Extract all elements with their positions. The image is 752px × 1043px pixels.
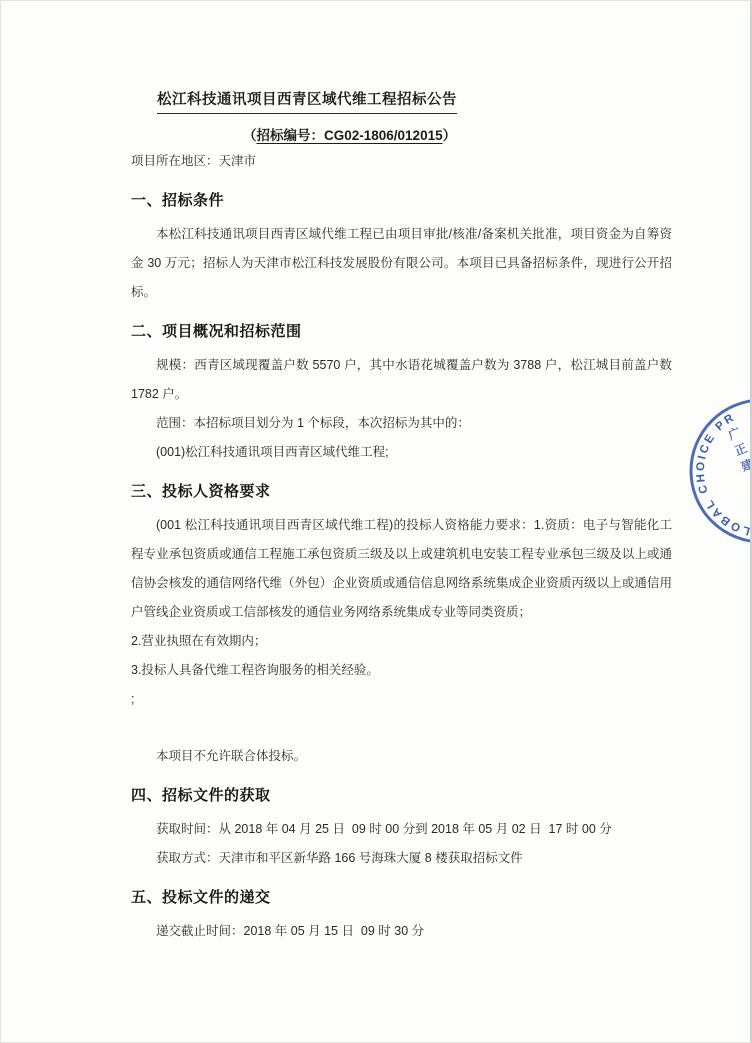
section-2-heading: 二、项目概况和招标范围 (131, 319, 672, 345)
section-1-heading: 一、招标条件 (131, 188, 672, 214)
project-scale: 规模：西青区域现覆盖户数 5570 户，其中水语花城覆盖户数为 3788 户，松… (131, 351, 672, 409)
scanned-document-page: 松江科技通讯项目西青区域代维工程招标公告 （招标编号：CG02-1806/012… (0, 0, 752, 1043)
section-3-heading: 三、投标人资格要求 (131, 479, 672, 505)
document-content: 松江科技通讯项目西青区域代维工程招标公告 （招标编号：CG02-1806/012… (1, 1, 750, 946)
tender-number: 招标编号：CG02-1806/012015 (257, 128, 443, 143)
lot-001: (001)松江科技通讯项目西青区域代维工程; (131, 438, 672, 467)
qualification-item-3: 3.投标人具备代维工程咨询服务的相关经验。 (131, 656, 672, 685)
section-1-body: 本松江科技通讯项目西青区域代维工程已由项目审批/核准/备案机关批准，项目资金为自… (131, 220, 672, 307)
qualification-item-2: 2.营业执照在有效期内； (131, 627, 672, 656)
qualification-requirement: (001 松江科技通讯项目西青区域代维工程)的投标人资格能力要求：1.资质：电子… (131, 511, 672, 627)
tender-number-line: （招标编号：CG02-1806/012015） (243, 125, 672, 147)
section-5-heading: 五、投标文件的递交 (131, 885, 672, 911)
project-scope: 范围：本招标项目划分为 1 个标段，本次招标为其中的： (131, 409, 672, 438)
obtain-time: 获取时间：从 2018 年 04 月 25 日 09 时 00 分到 2018 … (131, 815, 672, 844)
submission-deadline: 递交截止时间：2018 年 05 月 15 日 09 时 30 分 (131, 917, 672, 946)
section-4-heading: 四、招标文件的获取 (131, 783, 672, 809)
obtain-method: 获取方式：天津市和平区新华路 166 号海珠大厦 8 楼获取招标文件 (131, 844, 672, 873)
no-consortium-note: 本项目不允许联合体投标。 (131, 742, 672, 771)
tender-number-close-paren: ） (443, 128, 457, 143)
project-location: 项目所在地区：天津市 (131, 147, 672, 176)
page-title: 松江科技通讯项目西青区域代维工程招标公告 (157, 89, 457, 114)
stray-semicolon: ; (131, 685, 672, 714)
tender-number-open-paren: （ (243, 128, 257, 143)
